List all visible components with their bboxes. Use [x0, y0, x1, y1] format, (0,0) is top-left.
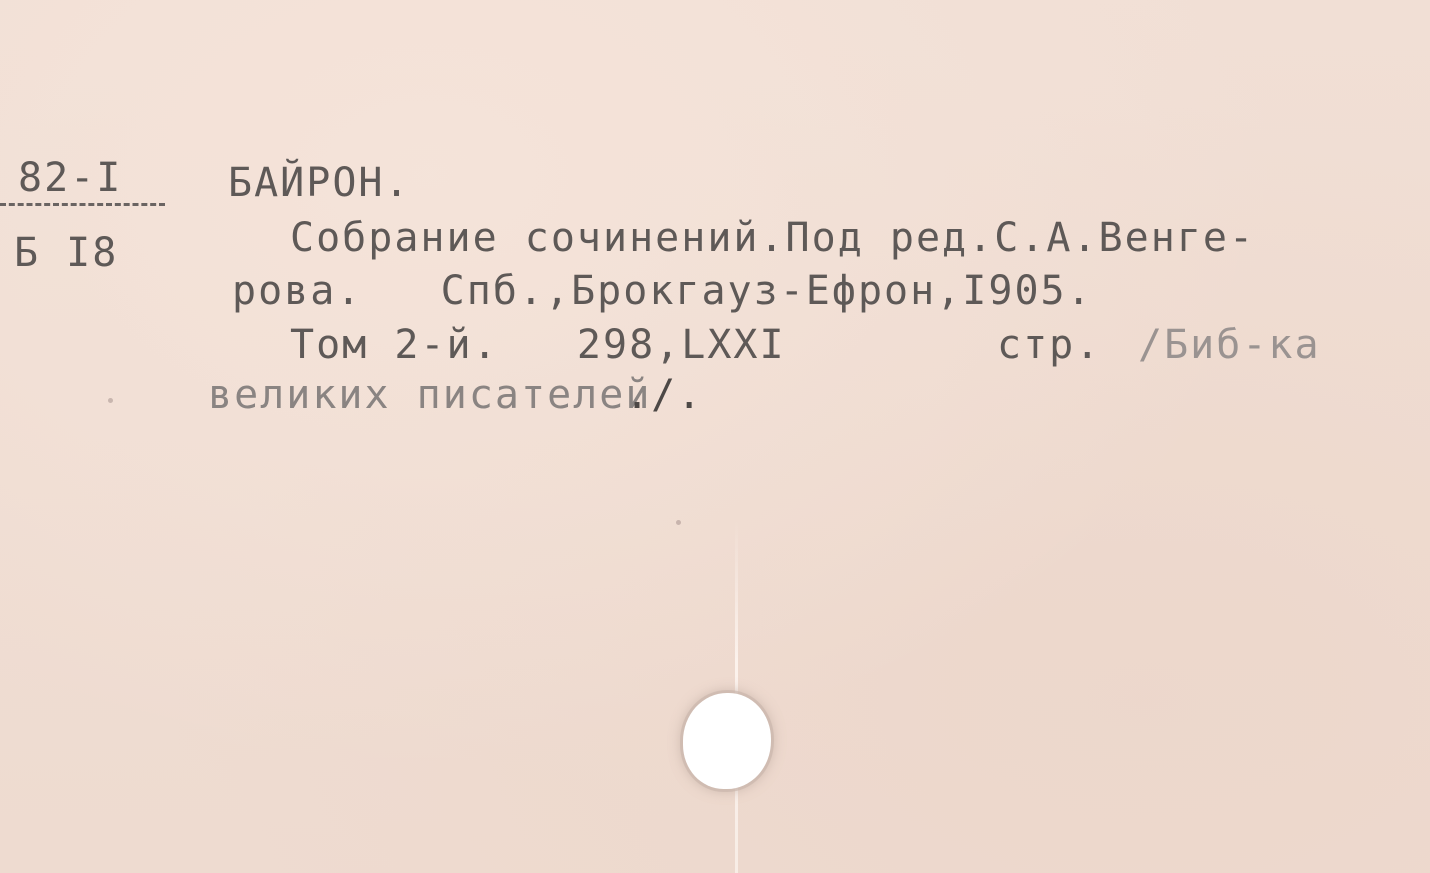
entry-title-line-1: Собрание сочинений.Под ред.С.А.Венге-	[290, 215, 1255, 261]
entry-heading: БАЙРОН.	[228, 160, 411, 206]
paper-speck	[108, 398, 113, 403]
entry-series-name: великих писателей	[208, 372, 651, 418]
entry-volume-pages: Том 2-й. 298,LXXI	[290, 322, 786, 368]
entry-series-start: /Биб-ка	[1138, 322, 1321, 368]
entry-pages-label: стр.	[997, 322, 1101, 368]
shelfmark-author-mark: Б I8	[14, 230, 118, 276]
shelfmark-divider	[0, 203, 165, 206]
catalog-card: 82-I Б I8 БАЙРОН. Собрание сочинений.Под…	[0, 0, 1430, 873]
entry-series-end: ./.	[625, 372, 703, 418]
entry-title-line-2: рова. Спб.,Брокгауз-Ефрон,I905.	[232, 268, 1093, 314]
paper-speck	[676, 520, 681, 525]
shelfmark-classification: 82-I	[18, 155, 122, 201]
punch-hole	[683, 693, 771, 789]
